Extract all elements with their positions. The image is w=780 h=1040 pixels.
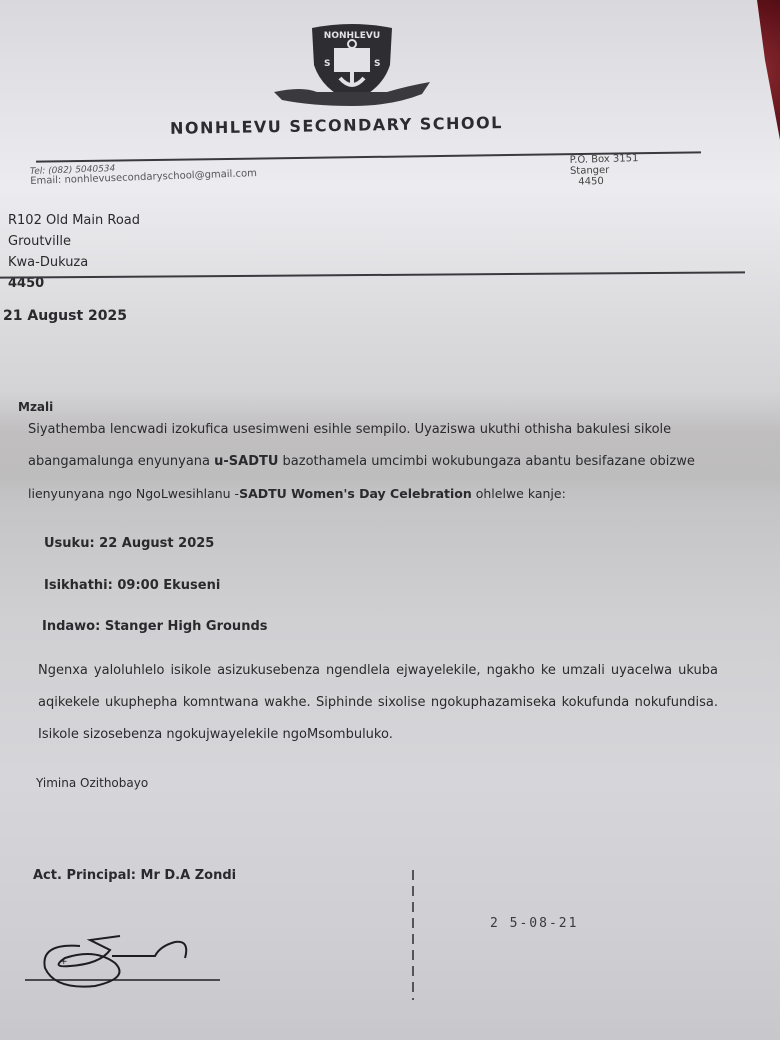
salutation: Mzali xyxy=(18,400,53,414)
svg-text:+: + xyxy=(60,957,68,967)
intro-paragraph: Siyathemba lencwadi izokufica usesimweni… xyxy=(28,414,738,510)
signatory: Act. Principal: Mr D.A Zondi xyxy=(33,868,236,883)
po-box: P.O. Box 3151 xyxy=(570,153,639,166)
notice-paragraph: Ngenxa yaloluhlelo isikole asizukusebenz… xyxy=(38,655,718,751)
address-line: R102 Old Main Road xyxy=(8,210,140,231)
text: abangamalunga enyunyana xyxy=(28,454,214,469)
event-venue: Indawo: Stanger High Grounds xyxy=(42,619,268,634)
paragraph-line: Siyathemba lencwadi izokufica usesimweni… xyxy=(28,414,738,446)
perforation-line xyxy=(412,870,414,1000)
stamp-date: 2 5-08-21 xyxy=(490,916,578,931)
address-line: Kwa-Dukuza xyxy=(8,252,140,273)
event-name: SADTU Women's Day Celebration xyxy=(239,486,472,501)
text: lienyunyana ngo NgoLwesihlanu - xyxy=(28,486,239,501)
address-line: Groutville xyxy=(8,231,140,252)
text: ohlelwe kanje: xyxy=(472,486,566,501)
union-name: u-SADTU xyxy=(214,454,278,469)
school-crest-icon: NONHLEVU S S xyxy=(272,20,432,110)
school-name: NONHLEVU SECONDARY SCHOOL xyxy=(170,113,503,138)
street-address: R102 Old Main Road Groutville Kwa-Dukuza… xyxy=(8,210,140,294)
text: bazothamela umcimbi wokubungaza abantu b… xyxy=(278,454,694,469)
letter-date: 21 August 2025 xyxy=(3,308,127,324)
signature-icon: + xyxy=(20,928,230,998)
event-date: Usuku: 22 August 2025 xyxy=(44,536,214,551)
paragraph-line: abangamalunga enyunyana u-SADTU bazotham… xyxy=(28,446,738,478)
contact-info: Tel: (082) 5040534 Email: nonhlevusecond… xyxy=(30,159,257,187)
svg-text:S: S xyxy=(374,59,380,69)
closing: Yimina Ozithobayo xyxy=(36,776,148,790)
svg-text:S: S xyxy=(324,59,330,69)
svg-text:NONHLEVU: NONHLEVU xyxy=(324,31,380,41)
postal-address: P.O. Box 3151 Stanger 4450 xyxy=(570,153,640,188)
paragraph-line: lienyunyana ngo NgoLwesihlanu -SADTU Wom… xyxy=(28,478,738,510)
event-time: Isikhathi: 09:00 Ekuseni xyxy=(44,578,220,593)
letter-page: NONHLEVU S S NONHLEVU SECONDARY SCHOOL T… xyxy=(0,0,780,1040)
po-code: 4450 xyxy=(570,175,639,188)
